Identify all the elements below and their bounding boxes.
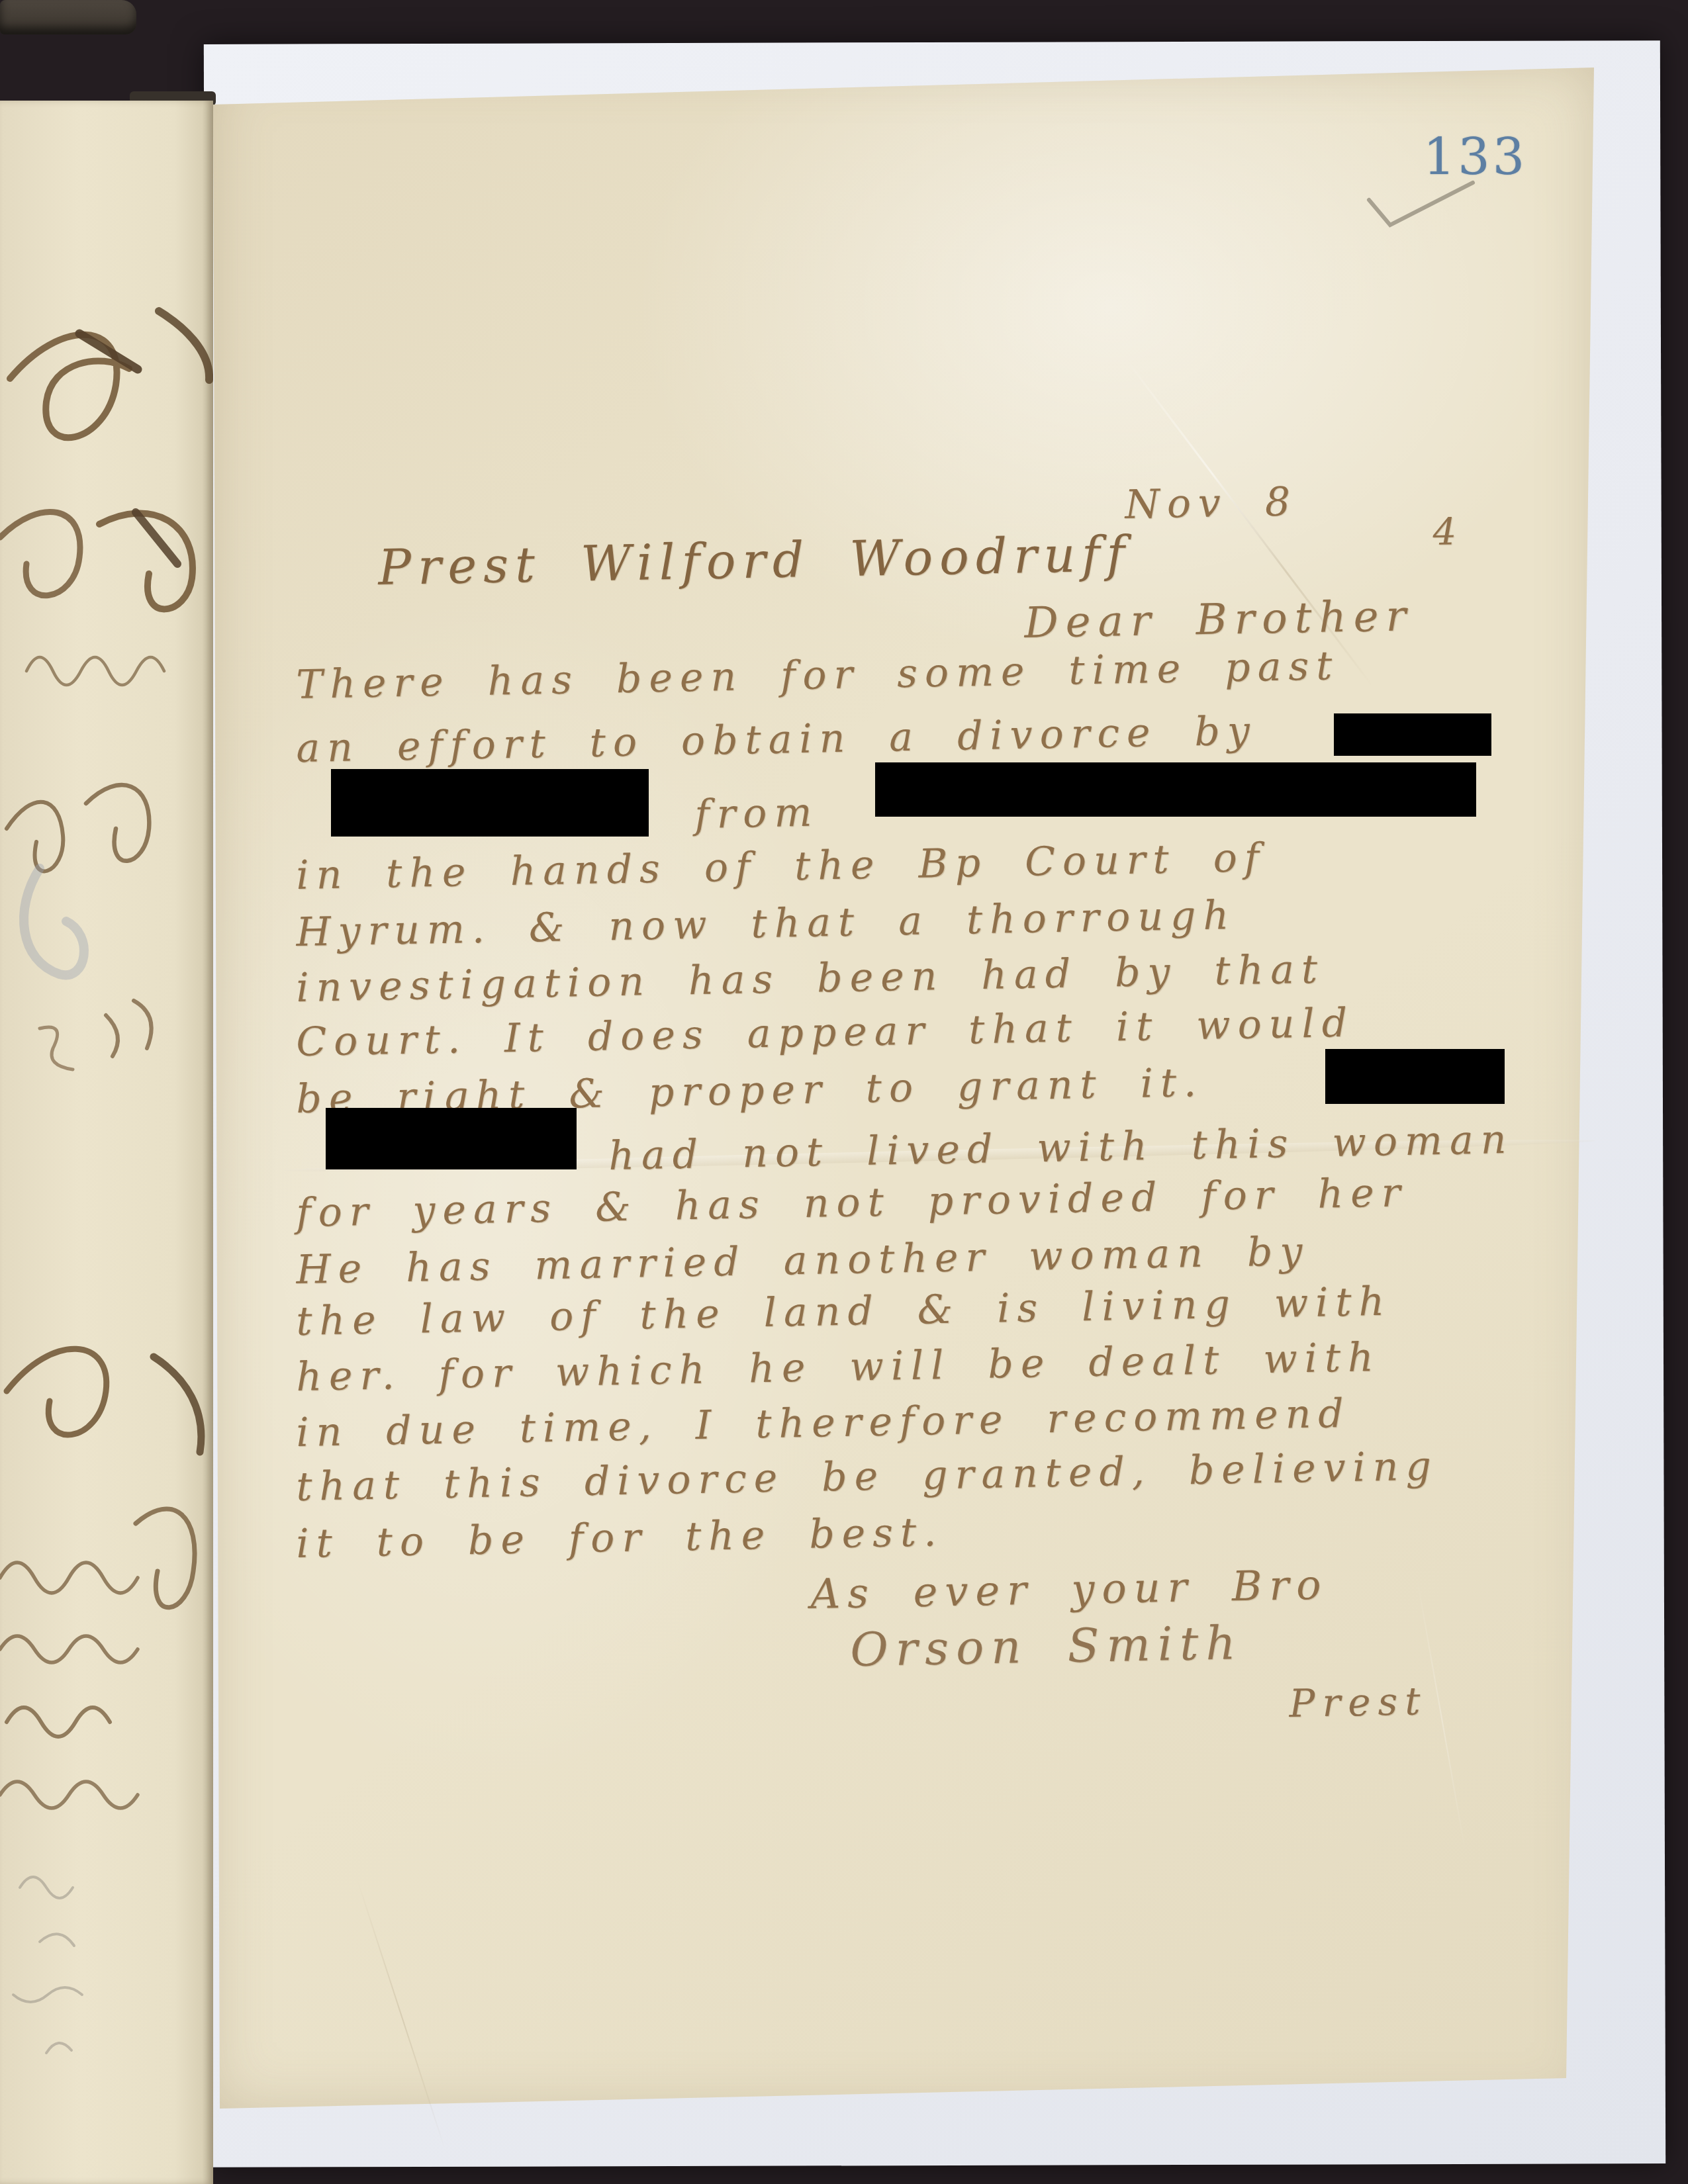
letter-page-number: 4 [1432, 510, 1464, 554]
salutation: Dear Brother [1024, 592, 1414, 648]
book-binding-spine [0, 0, 136, 34]
redaction-bar [1334, 713, 1491, 756]
letter-date: Nov 8 [1125, 478, 1298, 528]
closing-line: As ever your Bro [810, 1561, 1329, 1618]
signature-title: Prest [1289, 1678, 1428, 1726]
scanned-letter-page: 133 Nov 8 4 Prest Wilford Woodruff Dear … [0, 0, 1688, 2184]
pencil-checkmark [1350, 177, 1483, 237]
mirrored-ink-bleed [0, 101, 213, 2184]
facing-page-edge [0, 101, 213, 2184]
body-line: from [694, 790, 820, 838]
redaction-bar [1325, 1049, 1505, 1104]
signature: Orson Smith [849, 1615, 1243, 1677]
redaction-bar [331, 769, 649, 837]
redaction-bar [875, 762, 1476, 817]
redaction-bar [326, 1108, 577, 1169]
